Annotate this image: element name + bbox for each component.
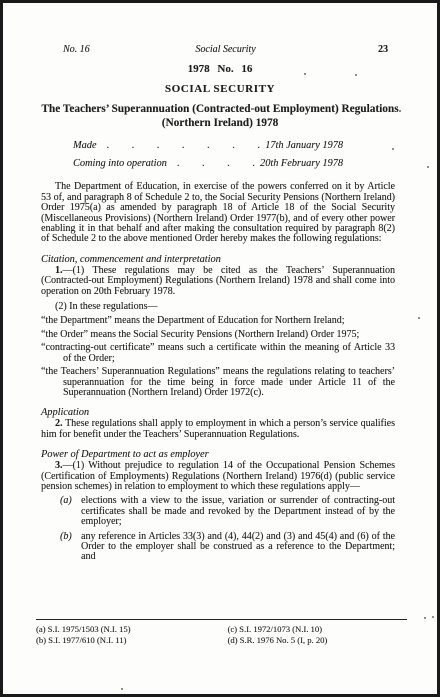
sub-paragraph-list: (a) elections with a view to the issue, … <box>60 496 395 562</box>
sub-paragraph-a: (a) elections with a view to the issue, … <box>60 496 395 527</box>
dot-leader: . . . . . . . . . . <box>96 140 265 152</box>
document-page: No. 16 Social Security 23 1978 No. 16 SO… <box>0 0 440 697</box>
regulation-1-text: These regulations may be cited as the Te… <box>41 265 395 297</box>
sub-paragraph-b-text: any reference in Articles 33(3) and (4),… <box>81 532 395 563</box>
metadata-row-made: Made . . . . . . . . . . 17th January 19… <box>73 140 343 152</box>
sub-paragraph-b: (b) any reference in Articles 33(3) and … <box>60 532 395 563</box>
regulation-3-subnumber: —(1) <box>63 460 85 471</box>
section-heading-citation: Citation, commencement and interpretatio… <box>41 254 395 265</box>
statutory-rule-number: 1978 No. 16 <box>3 63 437 75</box>
page-number: 23 <box>292 45 388 55</box>
sub-paragraph-b-marker: (b) <box>60 532 81 563</box>
regulation-2-paragraph: 2. These regulations shall apply to empl… <box>41 419 395 440</box>
definition-contracting-out-certificate: “contracting-out certificate” means such… <box>41 343 395 364</box>
section-heading-power-of-department: Power of Department to act as employer <box>41 449 395 460</box>
running-head: No. 16 Social Security 23 <box>63 45 388 55</box>
regulation-3-number: 3. <box>55 460 63 471</box>
sub-paragraph-a-marker: (a) <box>60 496 81 527</box>
footnote-c: (c) S.I. 1972/1073 (N.I. 10) <box>228 624 408 635</box>
footnote-a: (a) S.I. 1975/1503 (N.I. 15) <box>36 624 222 635</box>
made-date: 17th January 1978 <box>265 140 343 152</box>
definition-the-department: “the Department” means the Department of… <box>41 316 395 326</box>
section-heading-application: Application <box>41 407 395 418</box>
scan-speck <box>424 617 426 619</box>
scan-speck <box>432 616 434 618</box>
footnote-d: (d) S.R. 1976 No. 5 (I, p. 20) <box>228 635 408 646</box>
scan-speck <box>399 110 401 112</box>
definitions-list: “the Department” means the Department of… <box>41 316 395 398</box>
subject-category: SOCIAL SECURITY <box>3 83 437 95</box>
regulation-3-text: Without prejudice to regulation 14 of th… <box>41 460 395 492</box>
regulation-2-text: These regulations shall apply to employm… <box>41 418 395 439</box>
regulation-2-number: 2. <box>55 418 63 429</box>
footnote-b: (b) S.I. 1977/610 (N.I. 11) <box>36 635 222 646</box>
footnote-column-left: (a) S.I. 1975/1503 (N.I. 15) (b) S.I. 19… <box>36 624 222 645</box>
operation-date: 20th February 1978 <box>260 158 343 170</box>
regulation-3-paragraph-1: 3.—(1) Without prejudice to regulation 1… <box>41 461 395 492</box>
document-title: The Teachers’ Superannuation (Contracted… <box>33 102 407 130</box>
scan-speck <box>418 317 420 319</box>
scan-speck <box>304 73 306 75</box>
scan-speck <box>427 166 429 168</box>
scan-speck <box>355 74 357 76</box>
enabling-powers-preamble: The Department of Education, in exercise… <box>41 182 395 244</box>
dot-leader: . . . . . . <box>167 158 260 170</box>
coming-into-operation-label: Coming into operation <box>73 158 167 170</box>
footnote-column-right: (c) S.I. 1972/1073 (N.I. 10) (d) S.R. 19… <box>222 624 408 645</box>
sub-paragraph-a-text: elections with a view to the issue, vari… <box>81 496 395 527</box>
scan-speck <box>392 148 394 150</box>
metadata-table: Made . . . . . . . . . . 17th January 19… <box>73 140 343 170</box>
scan-speck <box>121 688 123 690</box>
made-label: Made <box>73 140 96 152</box>
metadata-row-operation: Coming into operation . . . . . . 20th F… <box>73 158 343 170</box>
definition-teachers-superannuation-regulations: “the Teachers’ Superannuation Regulation… <box>41 367 395 398</box>
footnotes: (a) S.I. 1975/1503 (N.I. 15) (b) S.I. 19… <box>36 619 407 645</box>
regulation-1-paragraph-2: (2) In these regulations— <box>41 302 395 312</box>
running-head-number: No. 16 <box>63 45 159 55</box>
definition-the-order: “the Order” means the Social Security Pe… <box>41 330 395 340</box>
regulation-1-paragraph-1: 1.—(1) These regulations may be cited as… <box>41 266 395 297</box>
running-head-subject: Social Security <box>159 45 293 55</box>
